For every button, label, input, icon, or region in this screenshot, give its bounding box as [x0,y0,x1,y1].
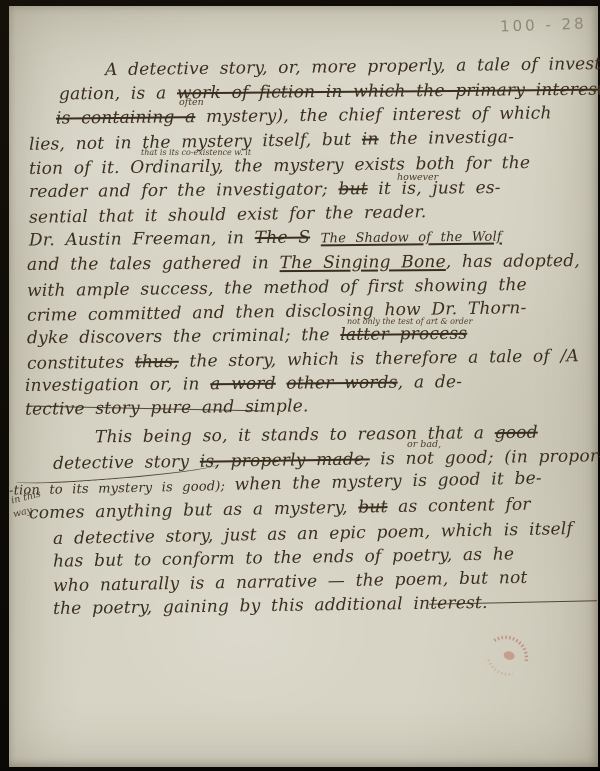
text-segment: reader and for the investigator; [29,179,339,202]
manuscript-line: with ample success, the method of first … [27,276,527,301]
text-segment: dyke discovers the criminal; the [27,325,341,348]
interlinear-insertion: not only the test of art & order [347,317,472,326]
interlinear-insertion: however [397,172,438,183]
manuscript-line: constitutes thus, the story, which is th… [27,347,579,373]
text-segment: the story, which is therefore a tale of … [179,346,579,372]
manuscript-line: has but to conform to the ends of poetry… [53,545,515,571]
struck-text-segment: latter process [340,324,467,345]
manuscript-line: lies, not in the mystery itself, but in … [29,128,514,154]
text-segment: , a de- [398,372,463,393]
interlinear-insertion: often [179,97,204,108]
text-segment: Dr. Austin Freeman, in [29,228,255,250]
text-segment [276,374,287,394]
text-segment: the investiga- [378,127,514,149]
book-title-underlined: The Singing Bone [279,252,445,273]
text-segment: who naturally is a narrative — the poem,… [53,568,528,596]
struck-text-segment: is, properly made, [200,449,370,471]
text-segment: tion of it. Ordinarily, the mystery exis… [29,153,530,179]
text-segment: and the tales gathered in [27,253,280,275]
manuscript-line: who naturally is a narrative — the poem,… [53,569,528,596]
interlinear-insertion: or bad, [407,439,441,450]
struck-text-segment: The S [255,228,311,249]
text-segment: comes anything but as a mystery, [29,498,359,524]
struck-text-segment: other words [286,373,397,394]
text-segment: is not good; (in propor- [370,446,600,469]
library-stamp-icon [479,628,535,680]
struck-text-segment: but [338,179,367,199]
text-segment: the poetry, gaining by this additional i… [53,593,488,619]
text-segment: as content for [387,495,530,517]
struck-text-segment: but [358,497,388,518]
struck-text-segment: containing a [81,107,195,128]
manuscript-line: the poetry, gaining by this additional i… [53,594,488,619]
manuscript-line: investigation or, in a word other words,… [25,373,462,396]
text-segment: when the mystery is good it be- [234,468,542,494]
manuscript-line: This being so, it stands to reason that … [95,424,538,447]
manuscript-line: Dr. Austin Freeman, in The S The Shadow … [29,227,502,251]
text-segment: A detective story, or, more properly, a … [105,54,600,80]
text-segment: mystery), the chief interest of which [195,103,551,127]
manuscript-line: tion of it. Ordinarily, the mystery exis… [29,154,530,179]
text-segment: has but to conform to the ends of poetry… [53,544,515,571]
struck-text-segment: is [56,108,81,128]
manuscript-line: and the tales gathered in The Singing Bo… [27,252,580,275]
text-segment: , has adopted, [446,251,580,272]
manuscript-line: A detective story, or, more properly, a … [105,55,600,80]
manuscript-line: gation, is a work of fiction in which th… [59,81,600,104]
manuscript-line: is containing a mystery), the chief inte… [56,104,552,128]
struck-text-segment: good [495,423,538,443]
text-segment: sential that it should exist for the rea… [29,202,427,228]
text-segment: constitutes [27,352,135,374]
struck-text-segment: in [362,129,379,149]
text-segment [310,227,321,247]
book-title-underlined: The Shadow of the Wolf [321,230,502,247]
manuscript-page: 100 - 28 A detective story, or, more pro… [9,6,598,767]
interlinear-insertion: that is its co-existence w. it [141,148,251,157]
text-segment: gation, is a [59,83,177,104]
folio-number: 100 - 28 [500,14,587,35]
manuscript-line: comes anything but as a mystery, but as … [29,496,531,523]
text-segment: investigation or, in [25,374,210,396]
struck-text-segment: work of fiction in which the primary int… [177,80,600,104]
manuscript-line: dyke discovers the criminal; the latter … [27,325,467,348]
struck-text-segment: thus, [135,352,179,373]
manuscript-line: sential that it should exist for the rea… [29,203,427,227]
struck-text-segment: a word [210,374,276,395]
text-segment: with ample success, the method of first … [27,275,527,301]
